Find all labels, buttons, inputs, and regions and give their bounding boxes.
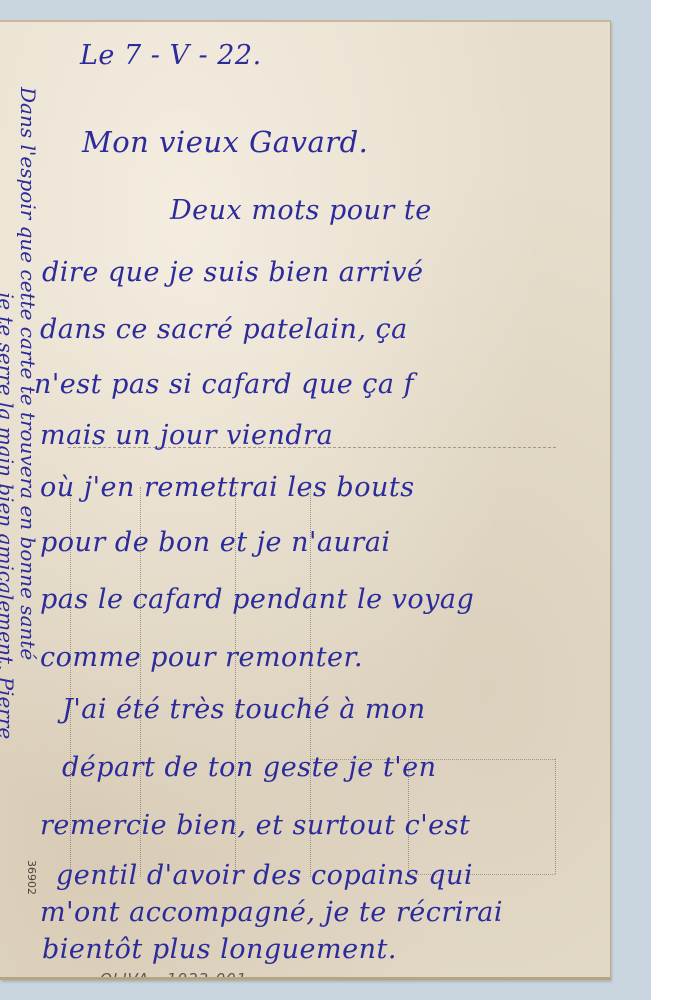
letter-line: gentil d'avoir des copains qui <box>56 860 473 891</box>
letter-line: n'est pas si cafard que ça f <box>34 369 414 400</box>
printed-serial-number: 36902 <box>25 860 38 895</box>
letter-line: départ de ton geste je t'en <box>62 752 437 783</box>
letter-line: pour de bon et je n'aurai <box>40 527 391 558</box>
letter-line: mais un jour viendra <box>40 420 333 451</box>
letter-line: bientôt plus longuement. <box>42 934 397 965</box>
stamp-box-side <box>555 759 556 874</box>
letter-salutation: Mon vieux Gavard. <box>82 125 368 159</box>
margin-note-column-2: je te serre la main bien amicalement, Pi… <box>0 292 18 739</box>
letter-line: où j'en remettrai les bouts <box>40 472 415 503</box>
letter-line: remercie bien, et surtout c'est <box>40 810 470 841</box>
margin-note-column-1: Dans l'espoir que cette carte te trouver… <box>16 87 40 660</box>
letter-line: m'ont accompagné, je te récrirai <box>40 897 503 928</box>
letter-line: dire que je suis bien arrivé <box>42 257 424 288</box>
letter-line: dans ce sacré patelain, ça <box>40 314 408 345</box>
letter-line: pas le cafard pendant le voyag <box>40 584 474 615</box>
postcard: 36902 Le 7 - V - 22. Mon vieux Gavard. D… <box>0 20 611 980</box>
letter-line: J'ai été très touché à mon <box>62 694 426 725</box>
letter-line: comme pour remonter. <box>40 642 363 673</box>
letter-line: Deux mots pour te <box>170 195 432 226</box>
letter-date: Le 7 - V - 22. <box>80 40 262 71</box>
archive-label: OLIVA - 1922-001 <box>100 970 247 980</box>
